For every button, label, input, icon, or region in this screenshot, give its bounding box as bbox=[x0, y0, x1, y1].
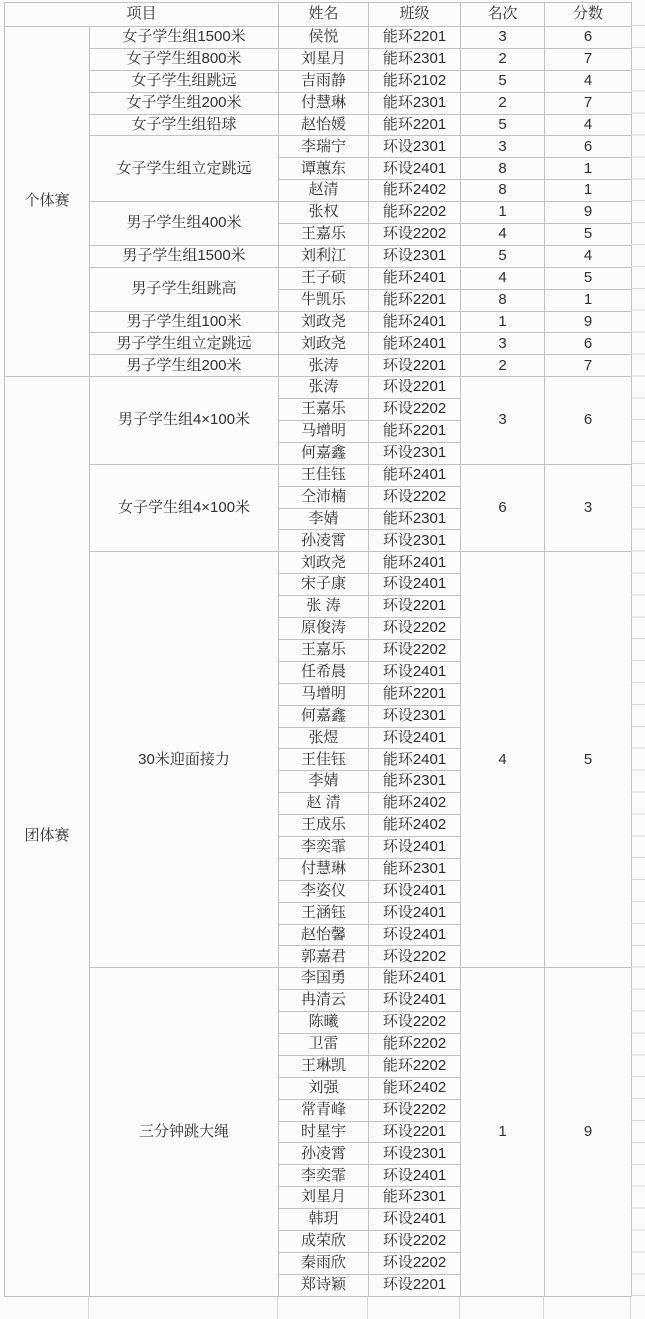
class-cell[interactable]: 能环2301 bbox=[369, 48, 461, 70]
empty-cell[interactable] bbox=[89, 1297, 278, 1319]
table-row: 女子学生组铅球赵怡媛能环220154 bbox=[5, 114, 632, 136]
name-cell[interactable]: 原俊涛 bbox=[279, 618, 369, 640]
name-cell[interactable]: 常青峰 bbox=[279, 1099, 369, 1121]
results-table: 项目 姓名 班级 名次 分数 个体赛女子学生组1500米侯悦能环220136女子… bbox=[4, 2, 632, 1297]
name-cell[interactable]: 何嘉鑫 bbox=[279, 705, 369, 727]
class-cell[interactable]: 环设2401 bbox=[369, 990, 461, 1012]
name-cell[interactable]: 张煜 bbox=[279, 727, 369, 749]
event-cell[interactable]: 男子学生组立定跳远 bbox=[90, 333, 279, 355]
class-cell[interactable]: 环设2202 bbox=[369, 946, 461, 968]
name-cell[interactable]: 成荣欣 bbox=[279, 1230, 369, 1252]
class-cell[interactable]: 能环2401 bbox=[369, 311, 461, 333]
table-row: 女子学生组200米付慧琳能环230127 bbox=[5, 92, 632, 114]
spreadsheet-page: 项目 姓名 班级 名次 分数 个体赛女子学生组1500米侯悦能环220136女子… bbox=[0, 0, 645, 1319]
table-row: 男子学生组100米刘政尧能环240119 bbox=[5, 311, 632, 333]
class-cell[interactable]: 环设2301 bbox=[369, 705, 461, 727]
class-cell[interactable]: 环设2202 bbox=[369, 618, 461, 640]
name-cell[interactable]: 刘政尧 bbox=[279, 552, 369, 574]
class-cell[interactable]: 环设2401 bbox=[369, 574, 461, 596]
score-cell[interactable]: 5 bbox=[545, 552, 632, 968]
table-row: 女子学生组4×100米王佳钰能环240163 bbox=[5, 464, 632, 486]
event-cell[interactable]: 男子学生组1500米 bbox=[90, 245, 279, 267]
class-cell[interactable]: 环设2202 bbox=[369, 639, 461, 661]
name-cell[interactable]: 王嘉乐 bbox=[279, 639, 369, 661]
class-cell[interactable]: 能环2401 bbox=[369, 552, 461, 574]
event-cell[interactable]: 女子学生组1500米 bbox=[90, 27, 279, 49]
rank-cell[interactable]: 2 bbox=[461, 48, 545, 70]
table-row: 三分钟跳大绳李国勇能环240119 bbox=[5, 968, 632, 990]
name-cell[interactable]: 赵清 bbox=[279, 180, 369, 202]
class-cell[interactable]: 能环2202 bbox=[369, 202, 461, 224]
class-cell[interactable]: 环设2201 bbox=[369, 1274, 461, 1296]
name-cell[interactable]: 张权 bbox=[279, 202, 369, 224]
class-cell[interactable]: 能环2402 bbox=[369, 815, 461, 837]
name-cell[interactable]: 何嘉鑫 bbox=[279, 442, 369, 464]
class-cell[interactable]: 能环2402 bbox=[369, 180, 461, 202]
rank-cell[interactable]: 3 bbox=[461, 377, 545, 465]
class-cell[interactable]: 环设2301 bbox=[369, 136, 461, 158]
name-cell[interactable]: 李瑞宁 bbox=[279, 136, 369, 158]
rank-cell[interactable]: 8 bbox=[461, 180, 545, 202]
event-cell[interactable]: 30米迎面接力 bbox=[90, 552, 279, 968]
class-cell[interactable]: 能环2301 bbox=[369, 771, 461, 793]
class-cell[interactable]: 能环2301 bbox=[369, 1187, 461, 1209]
name-cell[interactable]: 仝沛楠 bbox=[279, 486, 369, 508]
name-cell[interactable]: 张涛 bbox=[279, 377, 369, 399]
empty-cell[interactable] bbox=[460, 1297, 544, 1319]
class-cell[interactable]: 环设2301 bbox=[369, 530, 461, 552]
table-row: 女子学生组800米刘星月能环230127 bbox=[5, 48, 632, 70]
name-cell[interactable]: 王嘉乐 bbox=[279, 399, 369, 421]
name-cell[interactable]: 孙凌霄 bbox=[279, 530, 369, 552]
table-row: 女子学生组跳远吉雨静能环210254 bbox=[5, 70, 632, 92]
class-cell[interactable]: 能环2402 bbox=[369, 793, 461, 815]
results-tbody: 个体赛女子学生组1500米侯悦能环220136女子学生组800米刘星月能环230… bbox=[5, 27, 632, 1297]
name-cell[interactable]: 张 涛 bbox=[279, 596, 369, 618]
gridline-stubs-right bbox=[631, 2, 645, 1297]
event-cell[interactable]: 女子学生组4×100米 bbox=[90, 464, 279, 552]
class-cell[interactable]: 环设2202 bbox=[369, 1012, 461, 1034]
class-cell[interactable]: 环设2401 bbox=[369, 661, 461, 683]
class-cell[interactable]: 能环2201 bbox=[369, 683, 461, 705]
name-cell[interactable]: 时星宇 bbox=[279, 1121, 369, 1143]
score-cell[interactable]: 6 bbox=[545, 136, 632, 158]
gridline-stub bbox=[631, 2, 645, 26]
event-cell[interactable]: 男子学生组200米 bbox=[90, 355, 279, 377]
name-cell[interactable]: 王成乐 bbox=[279, 815, 369, 837]
event-cell[interactable]: 女子学生组跳远 bbox=[90, 70, 279, 92]
name-cell[interactable]: 王佳钰 bbox=[279, 464, 369, 486]
score-cell[interactable]: 3 bbox=[545, 464, 632, 552]
event-cell[interactable]: 女子学生组200米 bbox=[90, 92, 279, 114]
group-cell[interactable]: 个体赛 bbox=[5, 27, 90, 377]
name-cell[interactable]: 李奕霏 bbox=[279, 1165, 369, 1187]
name-cell[interactable]: 刘利江 bbox=[279, 245, 369, 267]
score-cell[interactable]: 6 bbox=[545, 377, 632, 465]
class-cell[interactable]: 环设2401 bbox=[369, 902, 461, 924]
name-cell[interactable]: 秦雨欣 bbox=[279, 1252, 369, 1274]
class-cell[interactable]: 能环2301 bbox=[369, 508, 461, 530]
score-cell[interactable]: 7 bbox=[545, 92, 632, 114]
score-cell[interactable]: 9 bbox=[545, 311, 632, 333]
empty-cell[interactable] bbox=[4, 1297, 89, 1319]
name-cell[interactable]: 卫雷 bbox=[279, 1033, 369, 1055]
score-cell[interactable]: 1 bbox=[545, 289, 632, 311]
class-cell[interactable]: 能环2301 bbox=[369, 858, 461, 880]
event-cell[interactable]: 男子学生组跳高 bbox=[90, 267, 279, 311]
rank-cell[interactable]: 4 bbox=[461, 224, 545, 246]
rank-cell[interactable]: 3 bbox=[461, 136, 545, 158]
class-cell[interactable]: 环设2401 bbox=[369, 924, 461, 946]
group-cell[interactable]: 团体赛 bbox=[5, 377, 90, 1296]
event-cell[interactable]: 女子学生组铅球 bbox=[90, 114, 279, 136]
class-cell[interactable]: 环设2201 bbox=[369, 596, 461, 618]
name-cell[interactable]: 郑诗颖 bbox=[279, 1274, 369, 1296]
header-class[interactable]: 班级 bbox=[369, 3, 461, 27]
class-cell[interactable]: 环设2202 bbox=[369, 486, 461, 508]
name-cell[interactable]: 李国勇 bbox=[279, 968, 369, 990]
class-cell[interactable]: 环设2401 bbox=[369, 1209, 461, 1231]
name-cell[interactable]: 李婧 bbox=[279, 771, 369, 793]
class-cell[interactable]: 能环2401 bbox=[369, 333, 461, 355]
rank-cell[interactable]: 8 bbox=[461, 289, 545, 311]
class-cell[interactable]: 环设2401 bbox=[369, 727, 461, 749]
rank-cell[interactable]: 1 bbox=[461, 202, 545, 224]
rank-cell[interactable]: 6 bbox=[461, 464, 545, 552]
name-cell[interactable]: 冉清云 bbox=[279, 990, 369, 1012]
score-cell[interactable]: 1 bbox=[545, 180, 632, 202]
class-cell[interactable]: 环设2301 bbox=[369, 1143, 461, 1165]
name-cell[interactable]: 马增明 bbox=[279, 421, 369, 443]
class-cell[interactable]: 能环2401 bbox=[369, 749, 461, 771]
class-cell[interactable]: 环设2201 bbox=[369, 1121, 461, 1143]
name-cell[interactable]: 李姿仪 bbox=[279, 880, 369, 902]
name-cell[interactable]: 刘强 bbox=[279, 1077, 369, 1099]
class-cell[interactable]: 环设2301 bbox=[369, 442, 461, 464]
name-cell[interactable]: 王琳凯 bbox=[279, 1055, 369, 1077]
class-cell[interactable]: 环设2401 bbox=[369, 158, 461, 180]
score-cell[interactable]: 4 bbox=[545, 245, 632, 267]
event-cell[interactable]: 三分钟跳大绳 bbox=[90, 968, 279, 1296]
name-cell[interactable]: 李婧 bbox=[279, 508, 369, 530]
name-cell[interactable]: 韩玥 bbox=[279, 1209, 369, 1231]
empty-row[interactable] bbox=[4, 1297, 631, 1319]
class-cell[interactable]: 环设2201 bbox=[369, 377, 461, 399]
empty-cell[interactable] bbox=[368, 1297, 460, 1319]
rank-cell[interactable]: 2 bbox=[461, 355, 545, 377]
empty-cell[interactable] bbox=[278, 1297, 368, 1319]
name-cell[interactable]: 刘政尧 bbox=[279, 333, 369, 355]
name-cell[interactable]: 赵怡媛 bbox=[279, 114, 369, 136]
name-cell[interactable]: 王佳钰 bbox=[279, 749, 369, 771]
name-cell[interactable]: 李奕霏 bbox=[279, 836, 369, 858]
table-row: 30米迎面接力刘政尧能环240145 bbox=[5, 552, 632, 574]
rank-cell[interactable]: 5 bbox=[461, 245, 545, 267]
table-row: 男子学生组400米张权能环220219 bbox=[5, 202, 632, 224]
rank-cell[interactable]: 3 bbox=[461, 333, 545, 355]
empty-cell[interactable] bbox=[544, 1297, 631, 1319]
class-cell[interactable]: 能环2301 bbox=[369, 92, 461, 114]
name-cell[interactable]: 王嘉乐 bbox=[279, 224, 369, 246]
name-cell[interactable]: 刘星月 bbox=[279, 1187, 369, 1209]
class-cell[interactable]: 环设2202 bbox=[369, 399, 461, 421]
header-score[interactable]: 分数 bbox=[545, 3, 632, 27]
score-cell[interactable]: 1 bbox=[545, 158, 632, 180]
class-cell[interactable]: 能环2401 bbox=[369, 267, 461, 289]
class-cell[interactable]: 能环2102 bbox=[369, 70, 461, 92]
score-cell[interactable]: 9 bbox=[545, 202, 632, 224]
score-cell[interactable]: 5 bbox=[545, 224, 632, 246]
name-cell[interactable]: 吉雨静 bbox=[279, 70, 369, 92]
table-row: 女子学生组立定跳远李瑞宁环设230136 bbox=[5, 136, 632, 158]
table-row: 男子学生组立定跳远刘政尧能环240136 bbox=[5, 333, 632, 355]
score-cell[interactable]: 4 bbox=[545, 114, 632, 136]
rank-cell[interactable]: 3 bbox=[461, 27, 545, 49]
name-cell[interactable]: 王子硕 bbox=[279, 267, 369, 289]
score-cell[interactable]: 7 bbox=[545, 48, 632, 70]
header-name[interactable]: 姓名 bbox=[279, 3, 369, 27]
header-row: 项目 姓名 班级 名次 分数 bbox=[5, 3, 632, 27]
name-cell[interactable]: 赵怡馨 bbox=[279, 924, 369, 946]
rank-cell[interactable]: 5 bbox=[461, 70, 545, 92]
class-cell[interactable]: 能环2201 bbox=[369, 289, 461, 311]
class-cell[interactable]: 环设2202 bbox=[369, 1252, 461, 1274]
class-cell[interactable]: 能环2201 bbox=[369, 114, 461, 136]
class-cell[interactable]: 能环2401 bbox=[369, 968, 461, 990]
class-cell[interactable]: 能环2201 bbox=[369, 27, 461, 49]
rank-cell[interactable]: 1 bbox=[461, 311, 545, 333]
rank-cell[interactable]: 4 bbox=[461, 267, 545, 289]
class-cell[interactable]: 环设2401 bbox=[369, 880, 461, 902]
class-cell[interactable]: 环设2202 bbox=[369, 1230, 461, 1252]
table-row: 男子学生组跳高王子硕能环240145 bbox=[5, 267, 632, 289]
table-row: 男子学生组1500米刘利江环设230154 bbox=[5, 245, 632, 267]
event-cell[interactable]: 女子学生组立定跳远 bbox=[90, 136, 279, 202]
class-cell[interactable]: 能环2202 bbox=[369, 1055, 461, 1077]
class-cell[interactable]: 环设2201 bbox=[369, 355, 461, 377]
score-cell[interactable]: 6 bbox=[545, 333, 632, 355]
header-project[interactable]: 项目 bbox=[5, 3, 279, 27]
name-cell[interactable]: 张涛 bbox=[279, 355, 369, 377]
rank-cell[interactable]: 8 bbox=[461, 158, 545, 180]
name-cell[interactable]: 宋子康 bbox=[279, 574, 369, 596]
event-cell[interactable]: 男子学生组4×100米 bbox=[90, 377, 279, 465]
table-row: 团体赛男子学生组4×100米张涛环设220136 bbox=[5, 377, 632, 399]
name-cell[interactable]: 王涵钰 bbox=[279, 902, 369, 924]
table-row: 个体赛女子学生组1500米侯悦能环220136 bbox=[5, 27, 632, 49]
score-cell[interactable]: 6 bbox=[545, 27, 632, 49]
name-cell[interactable]: 牛凯乐 bbox=[279, 289, 369, 311]
table-row: 男子学生组200米张涛环设220127 bbox=[5, 355, 632, 377]
rank-cell[interactable]: 2 bbox=[461, 92, 545, 114]
class-cell[interactable]: 能环2402 bbox=[369, 1077, 461, 1099]
name-cell[interactable]: 付慧琳 bbox=[279, 92, 369, 114]
class-cell[interactable]: 能环2401 bbox=[369, 464, 461, 486]
score-cell[interactable]: 9 bbox=[545, 968, 632, 1296]
class-cell[interactable]: 环设2301 bbox=[369, 245, 461, 267]
rank-cell[interactable]: 5 bbox=[461, 114, 545, 136]
rank-cell[interactable]: 1 bbox=[461, 968, 545, 1296]
event-cell[interactable]: 男子学生组400米 bbox=[90, 202, 279, 246]
name-cell[interactable]: 任希晨 bbox=[279, 661, 369, 683]
name-cell[interactable]: 刘星月 bbox=[279, 48, 369, 70]
event-cell[interactable]: 男子学生组100米 bbox=[90, 311, 279, 333]
name-cell[interactable]: 陈曦 bbox=[279, 1012, 369, 1034]
name-cell[interactable]: 刘政尧 bbox=[279, 311, 369, 333]
name-cell[interactable]: 赵 清 bbox=[279, 793, 369, 815]
class-cell[interactable]: 环设2202 bbox=[369, 224, 461, 246]
class-cell[interactable]: 环设2401 bbox=[369, 1165, 461, 1187]
class-cell[interactable]: 环设2202 bbox=[369, 1099, 461, 1121]
score-cell[interactable]: 5 bbox=[545, 267, 632, 289]
rank-cell[interactable]: 4 bbox=[461, 552, 545, 968]
name-cell[interactable]: 谭蕙东 bbox=[279, 158, 369, 180]
name-cell[interactable]: 郭嘉君 bbox=[279, 946, 369, 968]
event-cell[interactable]: 女子学生组800米 bbox=[90, 48, 279, 70]
score-cell[interactable]: 4 bbox=[545, 70, 632, 92]
name-cell[interactable]: 付慧琳 bbox=[279, 858, 369, 880]
class-cell[interactable]: 能环2201 bbox=[369, 421, 461, 443]
name-cell[interactable]: 孙凌霄 bbox=[279, 1143, 369, 1165]
class-cell[interactable]: 环设2401 bbox=[369, 836, 461, 858]
class-cell[interactable]: 能环2202 bbox=[369, 1033, 461, 1055]
name-cell[interactable]: 马增明 bbox=[279, 683, 369, 705]
header-rank[interactable]: 名次 bbox=[461, 3, 545, 27]
gridline-stub-rows bbox=[631, 26, 645, 1297]
score-cell[interactable]: 7 bbox=[545, 355, 632, 377]
name-cell[interactable]: 侯悦 bbox=[279, 27, 369, 49]
